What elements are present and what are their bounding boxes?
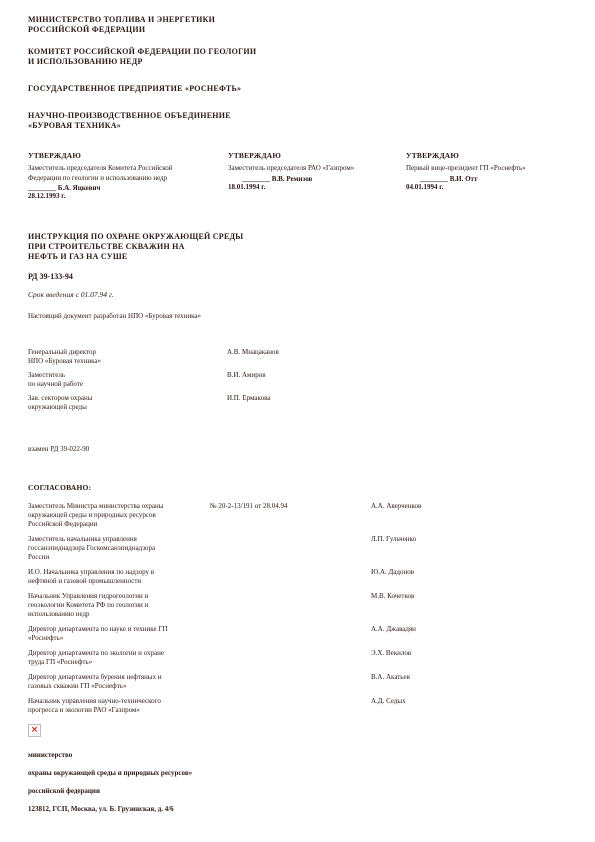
agreed-row: Начальник Управления гидрогеологии и гео… bbox=[28, 592, 567, 619]
agreed-letter-number bbox=[210, 568, 371, 586]
agreed-position: Заместитель начальника управления госсан… bbox=[28, 535, 210, 562]
org-header-rosneft: ГОСУДАРСТВЕННОЕ ПРЕДПРИЯТИЕ «РОСНЕФТЬ» bbox=[28, 84, 567, 94]
agreed-row: Заместитель начальника управления госсан… bbox=[28, 535, 567, 562]
agreed-row: Директор департамента бурения нефтяных и… bbox=[28, 673, 567, 691]
agreed-row: Директор департамента по науке и технике… bbox=[28, 625, 567, 643]
document-title: ИНСТРУКЦИЯ ПО ОХРАНЕ ОКРУЖАЮЩЕЙ СРЕДЫ ПР… bbox=[28, 232, 567, 262]
developer-position: Заместитель по научной работе bbox=[28, 371, 227, 389]
approval-column-geology-committee: УТВЕРЖДАЮ Заместитель председателя Комит… bbox=[28, 151, 228, 200]
agreed-table: Заместитель Министра министерства охраны… bbox=[28, 502, 567, 715]
agreed-position: Директор департамента по науке и технике… bbox=[28, 625, 210, 643]
agreed-name: Л.П. Гульченко bbox=[371, 535, 567, 562]
agreed-name: А.Д. Седых bbox=[371, 697, 567, 715]
agreed-letter-number bbox=[210, 649, 371, 667]
broken-image-x-glyph: × bbox=[31, 726, 39, 735]
agreed-name: А.А. Аверченков bbox=[371, 502, 567, 529]
approver-position: Заместитель председателя РАО «Газпром» bbox=[228, 164, 406, 174]
approvals-block: УТВЕРЖДАЮ Заместитель председателя Комит… bbox=[28, 151, 567, 200]
developed-by-note: Настоящий документ разработан НПО «Буров… bbox=[28, 312, 567, 320]
org-header-geology-committee: КОМИТЕТ РОССИЙСКОЙ ФЕДЕРАЦИИ ПО ГЕОЛОГИИ… bbox=[28, 47, 567, 67]
footer-line-ministry: министерство bbox=[28, 750, 567, 760]
agreed-row: Начальник управления научно-технического… bbox=[28, 697, 567, 715]
agreed-name: Ю.А. Дадонов bbox=[371, 568, 567, 586]
agreed-letter-number bbox=[210, 535, 371, 562]
developer-position: Зав. сектором охраны окружающей среды bbox=[28, 394, 227, 412]
agreed-name: В.А. Акатьев bbox=[371, 673, 567, 691]
approver-position: Заместитель председателя Комитета Россий… bbox=[28, 164, 228, 183]
agreed-letter-number bbox=[210, 673, 371, 691]
approval-column-rosneft: УТВЕРЖДАЮ Первый вице-президент ГП «Росн… bbox=[406, 151, 567, 200]
developer-name: А.В. Мнацаканов bbox=[227, 348, 567, 366]
agreed-letter-number bbox=[210, 625, 371, 643]
org-header-burovaya-tekhnika: НАУЧНО-ПРОИЗВОДСТВЕННОЕ ОБЪЕДИНЕНИЕ «БУР… bbox=[28, 111, 567, 131]
agreed-position: Начальник Управления гидрогеологии и гео… bbox=[28, 592, 210, 619]
agreed-letter-number bbox=[210, 592, 371, 619]
developer-row: Заместитель по научной работе В.И. Амиро… bbox=[28, 371, 567, 389]
signature-line: ________ Б.А. Яцкевич bbox=[28, 184, 228, 192]
developers-block: Генеральный директор НПО «Буровая техник… bbox=[28, 348, 567, 412]
developer-name: И.П. Ермакова bbox=[227, 394, 567, 412]
broken-image-icon: × bbox=[28, 724, 41, 737]
agreed-heading: СОГЛАСОВАНО: bbox=[28, 483, 567, 492]
developer-row: Генеральный директор НПО «Буровая техник… bbox=[28, 348, 567, 366]
developer-position: Генеральный директор НПО «Буровая техник… bbox=[28, 348, 227, 366]
agreed-position: Заместитель Министра министерства охраны… bbox=[28, 502, 210, 529]
effective-date-note: Срок введения с 01.07.94 г. bbox=[28, 290, 567, 299]
footer-line-environment: охраны окружающей среды и природных ресу… bbox=[28, 768, 567, 778]
org-header-ministry-fuel-energy: МИНИСТЕРСТВО ТОПЛИВА И ЭНЕРГЕТИКИ РОССИЙ… bbox=[28, 15, 567, 35]
approval-label: УТВЕРЖДАЮ bbox=[406, 151, 567, 160]
agreed-name: М.В. Кочетков bbox=[371, 592, 567, 619]
agreed-name: А.А. Джавадян bbox=[371, 625, 567, 643]
developer-row: Зав. сектором охраны окружающей среды И.… bbox=[28, 394, 567, 412]
agreed-letter-number: № 20-2-13/191 от 28.04.94 bbox=[210, 502, 371, 529]
footer-line-address: 123812, ГСП, Москва, ул. Б. Грузинская, … bbox=[28, 804, 567, 814]
approval-date: 04.01.1994 г. bbox=[406, 183, 567, 191]
document-number: РД 39-133-94 bbox=[28, 272, 567, 281]
approval-date: 28.12.1993 г. bbox=[28, 192, 228, 200]
agreed-letter-number bbox=[210, 697, 371, 715]
approval-label: УТВЕРЖДАЮ bbox=[28, 151, 228, 160]
agreed-position: И.О. Начальника управления по надзору в … bbox=[28, 568, 210, 586]
agreed-row: И.О. Начальника управления по надзору в … bbox=[28, 568, 567, 586]
agreed-position: Директор департамента бурения нефтяных и… bbox=[28, 673, 210, 691]
approver-position: Первый вице-президент ГП «Роснефть» bbox=[406, 164, 567, 174]
signature-line: ________ В.В. Ремизов bbox=[228, 175, 406, 183]
approval-column-gazprom: УТВЕРЖДАЮ Заместитель председателя РАО «… bbox=[228, 151, 406, 200]
signature-line: ________ В.И. Отт bbox=[406, 175, 567, 183]
developer-name: В.И. Амиров bbox=[227, 371, 567, 389]
agreed-row: Директор департамента по экологии и охра… bbox=[28, 649, 567, 667]
agreed-row: Заместитель Министра министерства охраны… bbox=[28, 502, 567, 529]
superseded-note: взамен РД 39-022-90 bbox=[28, 445, 567, 453]
footer-line-federation: российской федерации bbox=[28, 786, 567, 796]
approval-date: 18.01.1994 г. bbox=[228, 183, 406, 191]
agreed-position: Начальник управления научно-технического… bbox=[28, 697, 210, 715]
agreed-name: Э.Х. Векилов bbox=[371, 649, 567, 667]
approval-label: УТВЕРЖДАЮ bbox=[228, 151, 406, 160]
document-page: МИНИСТЕРСТВО ТОПЛИВА И ЭНЕРГЕТИКИ РОССИЙ… bbox=[0, 0, 595, 814]
agreed-position: Директор департамента по экологии и охра… bbox=[28, 649, 210, 667]
